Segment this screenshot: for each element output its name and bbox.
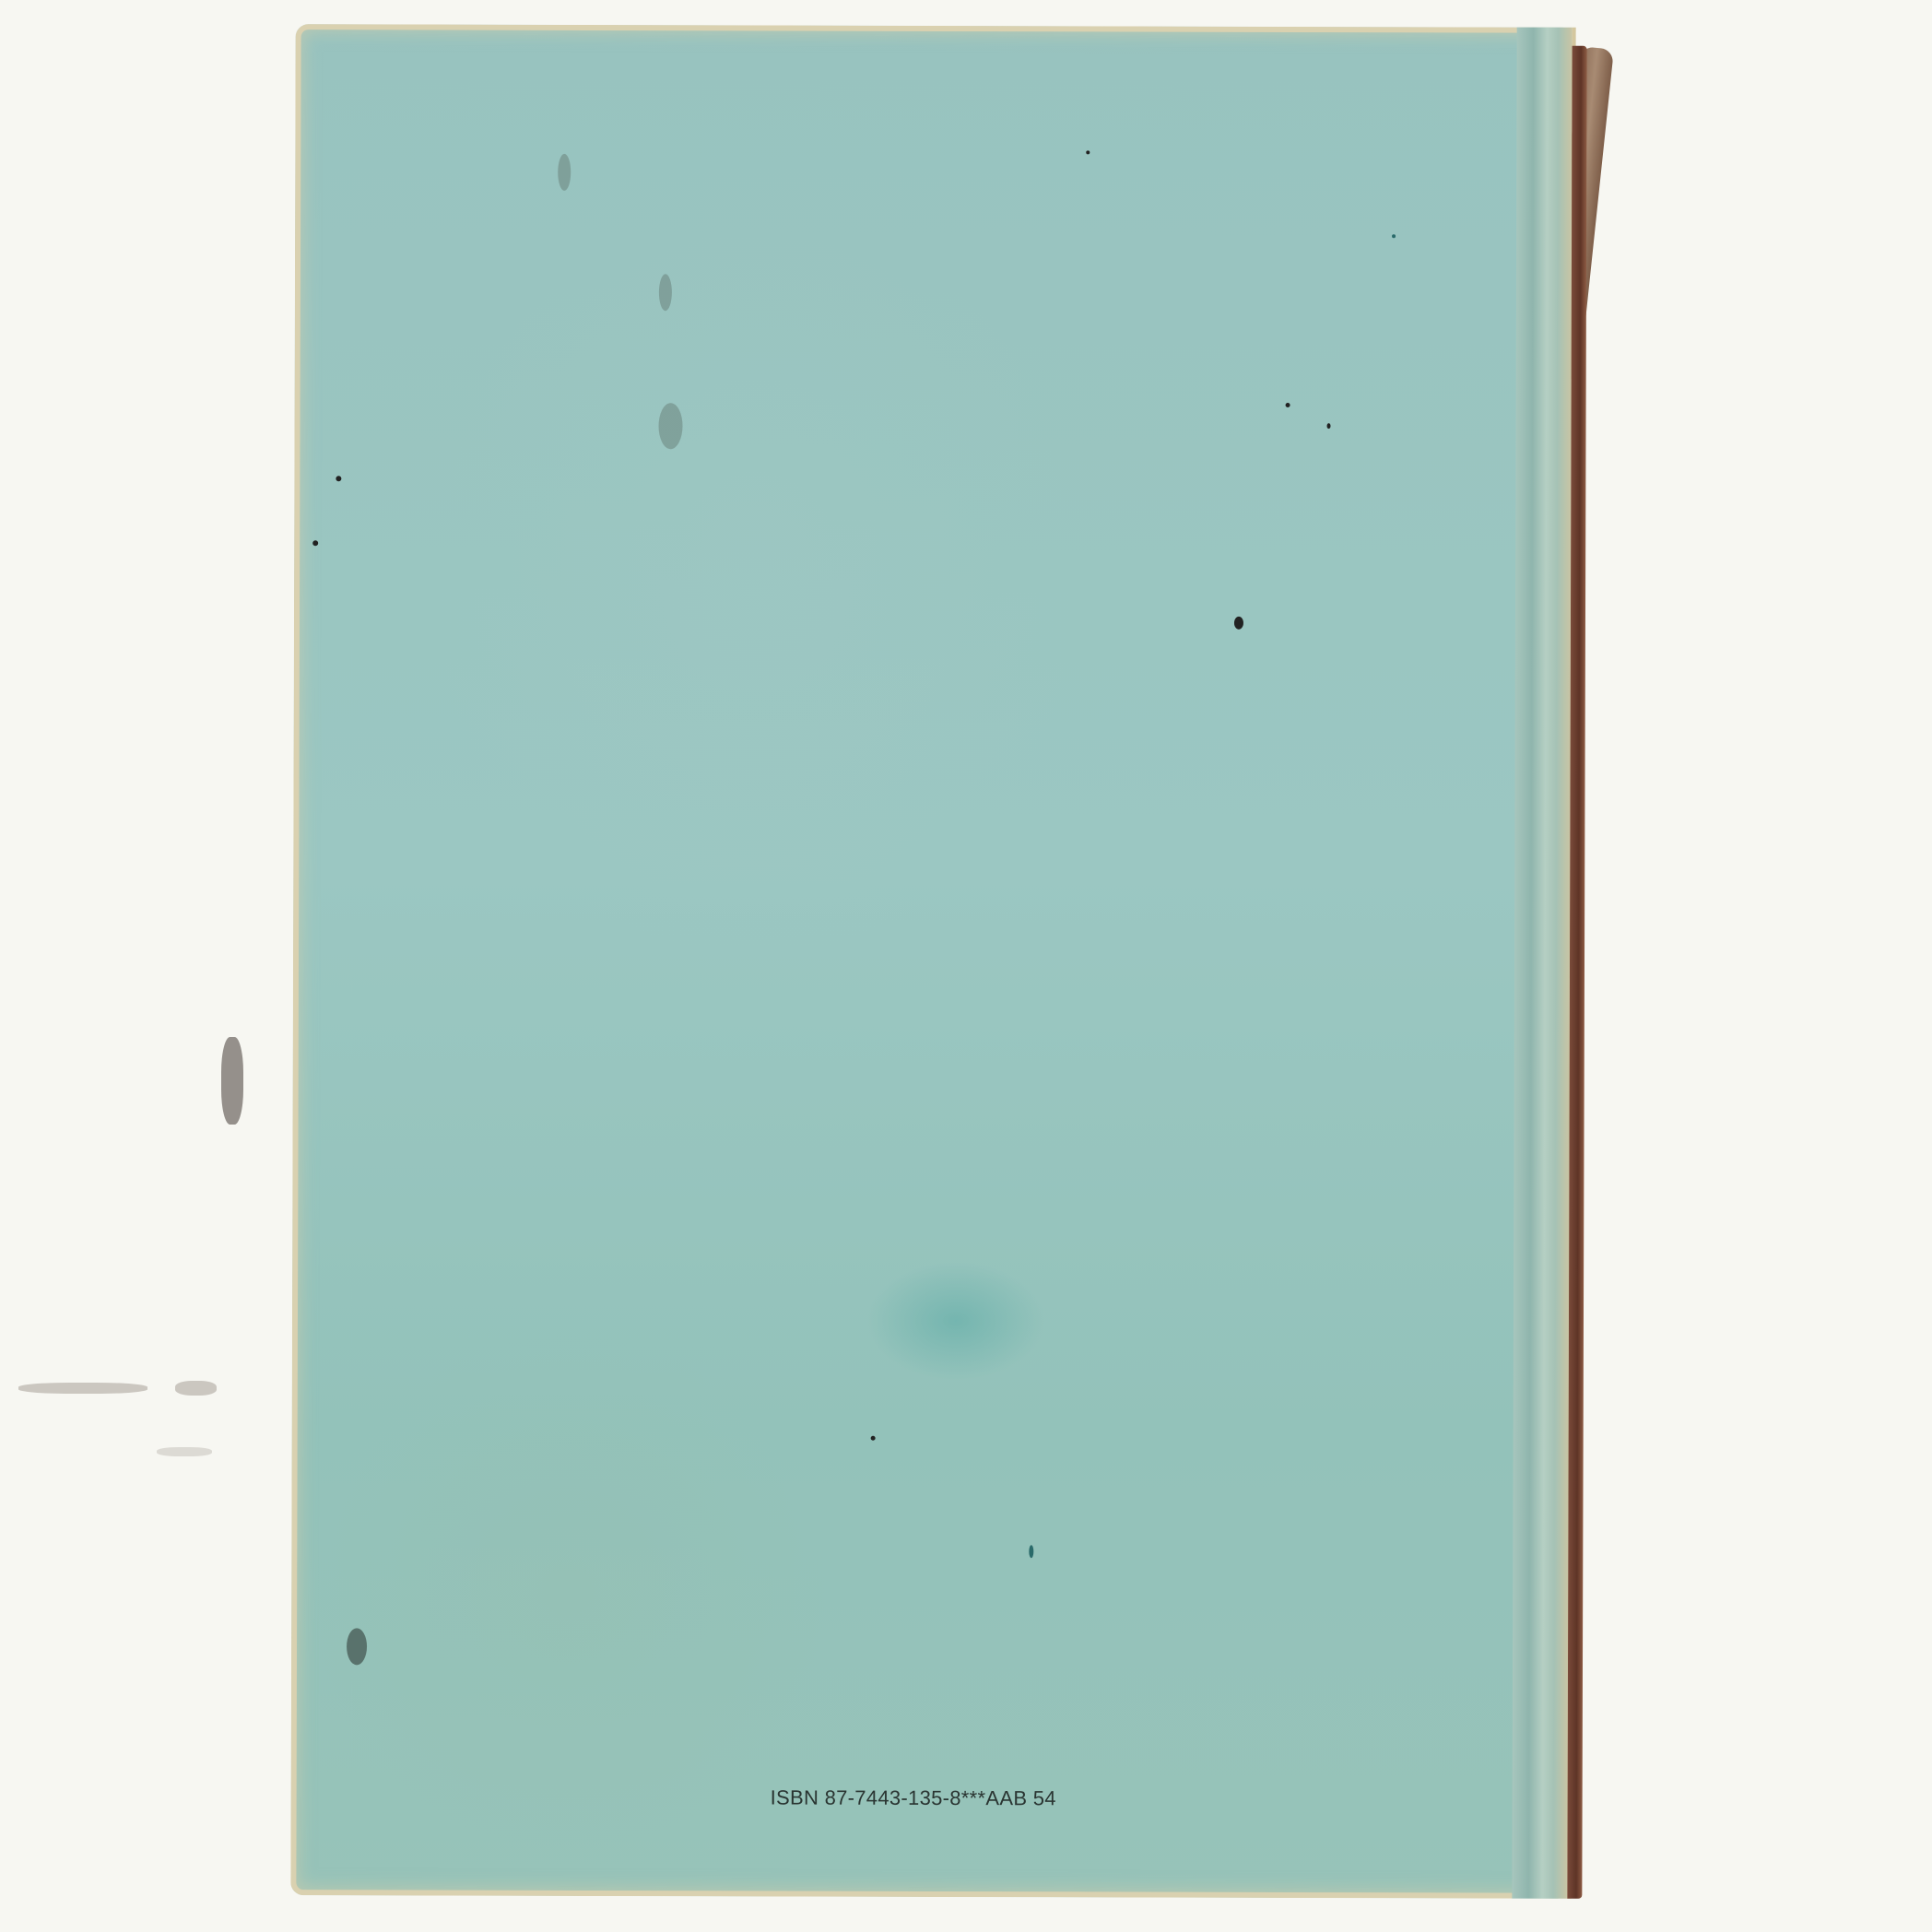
cover-speck xyxy=(1029,1545,1033,1558)
cover-speck xyxy=(336,476,341,481)
isbn-label: ISBN 87-7443-135-8***AAB 54 xyxy=(771,1785,1056,1810)
table-smudge xyxy=(18,1383,147,1394)
book-back-cover xyxy=(290,24,1567,1899)
cover-speck xyxy=(1327,423,1331,429)
cover-smudge xyxy=(658,403,682,449)
cover-speck xyxy=(1392,234,1396,238)
cover-smudge xyxy=(347,1628,367,1665)
cover-speck xyxy=(1234,617,1243,630)
table-smudge xyxy=(175,1381,217,1396)
cover-speck xyxy=(871,1436,876,1441)
table-smudge xyxy=(157,1447,212,1456)
table-stain xyxy=(221,1037,243,1125)
photo-scene: ISBN 87-7443-135-8***AAB 54 xyxy=(0,0,1932,1932)
cover-speck xyxy=(1286,403,1290,407)
book-spine-hinge xyxy=(1512,28,1575,1899)
cover-smudge xyxy=(558,154,571,191)
book: ISBN 87-7443-135-8***AAB 54 xyxy=(290,24,1604,1899)
cover-speck xyxy=(312,540,318,546)
cover-speck xyxy=(1086,150,1090,154)
cover-smudge xyxy=(659,274,672,311)
